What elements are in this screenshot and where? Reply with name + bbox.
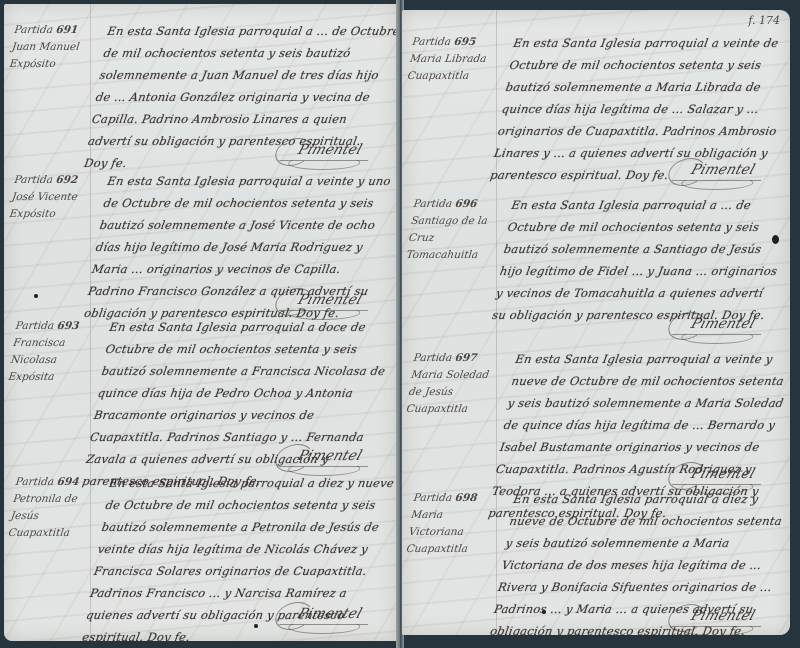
entry-number: 694 — [57, 476, 81, 488]
entry-label: Partida — [412, 36, 452, 48]
baptized-name: Maria Victoriana — [408, 509, 465, 538]
baptized-name: José Vicente — [11, 191, 78, 203]
entry-number: 695 — [453, 36, 477, 48]
entry-number: 691 — [55, 24, 79, 36]
baptized-name: Maria Librada — [409, 53, 487, 65]
baptism-entry: Partida 696 Santiago de la Cruz Tomacahu… — [402, 186, 790, 326]
baptism-entry: Partida 693 Francisca Nicolasa Expósita … — [4, 310, 397, 460]
baptism-entry: Partida 694 Petronila de Jesús Cuapaxtit… — [4, 466, 397, 626]
priest-signature: Pimentel — [672, 162, 767, 181]
entry-label: Partida — [15, 320, 55, 332]
entry-note: Cuapaxtitla — [407, 70, 470, 82]
entry-margin-note: Partida 695 Maria Librada Cuapaxtitla — [406, 34, 499, 85]
entry-label: Partida — [413, 492, 453, 504]
entry-margin-note: Partida 693 Francisca Nicolasa Expósita — [7, 318, 95, 386]
ink-spot — [542, 610, 546, 614]
priest-signature: Pimentel — [672, 608, 767, 627]
entry-margin-note: Partida 691 Juan Manuel Expósito — [8, 22, 93, 73]
baptism-entry: Partida 691 Juan Manuel Expósito En esta… — [4, 14, 397, 154]
baptized-name: Santiago de la Cruz — [408, 215, 488, 244]
entry-text: En esta Santa Iglesia parroquial a ... d… — [490, 194, 793, 326]
baptism-entry: Partida 697 Maria Soledad de Jesús Cuapa… — [402, 340, 790, 480]
baptized-name: Petronila de Jesús — [10, 493, 78, 522]
entry-label: Partida — [413, 352, 453, 364]
entry-number: 697 — [455, 352, 479, 364]
baptism-entry: Partida 692 José Vicente Expósito En est… — [4, 164, 397, 304]
priest-signature: Pimentel — [279, 606, 374, 625]
priest-signature: Pimentel — [672, 316, 767, 335]
entry-label: Partida — [14, 24, 54, 36]
entry-note: Expósita — [8, 371, 56, 383]
entry-note: Tomacahuitla — [406, 249, 479, 261]
entry-note: Expósito — [9, 58, 57, 70]
left-page: Partida 691 Juan Manuel Expósito En esta… — [4, 4, 397, 641]
entry-note: Cuapaxtitla — [406, 403, 469, 415]
entry-label: Partida — [14, 174, 54, 186]
entry-note: Cuapaxtitla — [406, 543, 469, 555]
register-spread: Partida 691 Juan Manuel Expósito En esta… — [0, 0, 800, 648]
baptism-entry: Partida 698 Maria Victoriana Cuapaxtitla… — [402, 482, 790, 632]
baptized-name: Juan Manuel — [11, 41, 80, 53]
entry-note: Cuapaxtitla — [8, 527, 71, 539]
entry-label: Partida — [413, 198, 453, 210]
entry-margin-note: Partida 697 Maria Soledad de Jesús Cuapa… — [405, 350, 501, 418]
entry-margin-note: Partida 692 José Vicente Expósito — [8, 172, 93, 223]
entry-number: 696 — [455, 198, 479, 210]
entry-note: Expósito — [9, 208, 57, 220]
entry-number: 698 — [455, 492, 479, 504]
ink-spot — [34, 294, 38, 298]
priest-signature: Pimentel — [279, 142, 374, 161]
ink-spot — [254, 624, 258, 628]
right-page: f. 174 Partida 695 Maria Librada Cuapaxt… — [402, 10, 790, 635]
entry-margin-note: Partida 696 Santiago de la Cruz Tomacahu… — [405, 196, 501, 264]
baptized-name: Maria Soledad de Jesús — [408, 369, 490, 398]
ink-spot — [772, 235, 779, 244]
priest-signature: Pimentel — [279, 448, 374, 467]
entry-label: Partida — [15, 476, 55, 488]
priest-signature: Pimentel — [279, 292, 374, 311]
entry-number: 692 — [55, 174, 79, 186]
entry-number: 693 — [57, 320, 81, 332]
entry-margin-note: Partida 694 Petronila de Jesús Cuapaxtit… — [7, 474, 95, 542]
entry-margin-note: Partida 698 Maria Victoriana Cuapaxtitla — [405, 490, 501, 558]
baptized-name: Francisca Nicolasa — [10, 337, 66, 366]
baptism-entry: Partida 695 Maria Librada Cuapaxtitla En… — [402, 20, 790, 170]
